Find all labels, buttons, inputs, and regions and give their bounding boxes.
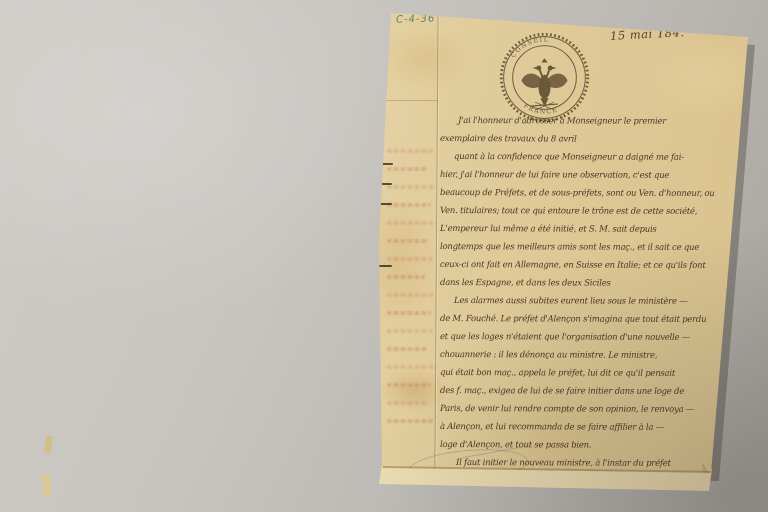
edge-ink-dash bbox=[378, 163, 393, 165]
bleed-row bbox=[387, 149, 433, 153]
bleed-row bbox=[387, 239, 429, 243]
tape-scrap bbox=[44, 436, 53, 454]
bleed-row bbox=[387, 347, 427, 351]
bleed-row bbox=[387, 221, 437, 225]
bleed-row bbox=[387, 275, 425, 279]
bleed-row bbox=[387, 311, 431, 315]
edge-ink-dash bbox=[380, 183, 392, 185]
bleed-row bbox=[387, 365, 437, 369]
bleed-row bbox=[387, 419, 433, 423]
bleed-row bbox=[387, 329, 433, 333]
letter-line: de M. Fouché. Le préfet d'Alençon s'imag… bbox=[440, 314, 706, 325]
letter-line: Ven. titulaires; tout ce qui entoure le … bbox=[440, 206, 697, 217]
letter-line: hier, j'ai l'honneur de lui faire une ob… bbox=[440, 170, 669, 181]
bleed-row bbox=[387, 401, 429, 405]
tape-scrap bbox=[41, 474, 52, 497]
edge-ink-dash bbox=[377, 265, 392, 267]
letter-line: Les alarmes aussi subites eurent lieu so… bbox=[454, 296, 688, 307]
letter-line: chouannerie : il les dénonça au ministre… bbox=[440, 350, 657, 361]
edge-ink-dash bbox=[378, 203, 392, 205]
bleed-row bbox=[387, 203, 431, 207]
letter-line: longtemps que les meilleurs amis sont le… bbox=[440, 242, 699, 253]
fold-crease bbox=[434, 14, 438, 469]
photograph: C-4-36 15 mai 184. CONSEIL FRANCE bbox=[0, 0, 768, 512]
letter-line: à Alençon, et lui recommanda de se faire… bbox=[440, 422, 664, 433]
letter-line: dans les Espagne, et dans les deux Sicil… bbox=[440, 278, 611, 289]
letter-line: et que les loges n'étaient que l'organis… bbox=[440, 332, 690, 343]
bleed-row bbox=[387, 383, 431, 387]
letter-line: exemplaire des travaux du 8 avril bbox=[440, 134, 577, 144]
double-headed-eagle-seal-icon: CONSEIL FRANCE bbox=[497, 30, 592, 125]
bleed-row bbox=[387, 167, 427, 171]
letter-line: loge d'Alençon, et tout se passa bien. bbox=[440, 440, 591, 451]
date-annotation: 15 mai 184. bbox=[610, 25, 685, 43]
letter-line: L'empereur lui même a été initié, et S. … bbox=[440, 224, 657, 235]
letter-line: ceux-ci ont fait en Allemagne, en Suisse… bbox=[440, 260, 706, 271]
archival-label: C-4-36 bbox=[396, 13, 436, 25]
letter-line: quant à la confidence que Monseigneur a … bbox=[454, 152, 684, 163]
document-paper: C-4-36 15 mai 184. CONSEIL FRANCE bbox=[0, 0, 768, 512]
letter-line: beaucoup de Préfets, et de sous-préfets,… bbox=[440, 188, 715, 199]
bleed-row bbox=[387, 293, 435, 297]
letter-line: J'ai l'honneur d'adresser à Monseigneur … bbox=[458, 116, 666, 127]
double-headed-eagle-icon bbox=[522, 59, 568, 110]
crease-line bbox=[383, 100, 438, 101]
letter-line: qui était bon maç., appela le préfet, lu… bbox=[440, 368, 675, 379]
bleed-row bbox=[387, 185, 435, 189]
letter-line: des f. maç., exigea de lui de se faire i… bbox=[440, 386, 684, 397]
letter-line: Paris, de venir lui rendre compte de son… bbox=[440, 404, 694, 415]
bleed-row bbox=[387, 257, 433, 261]
